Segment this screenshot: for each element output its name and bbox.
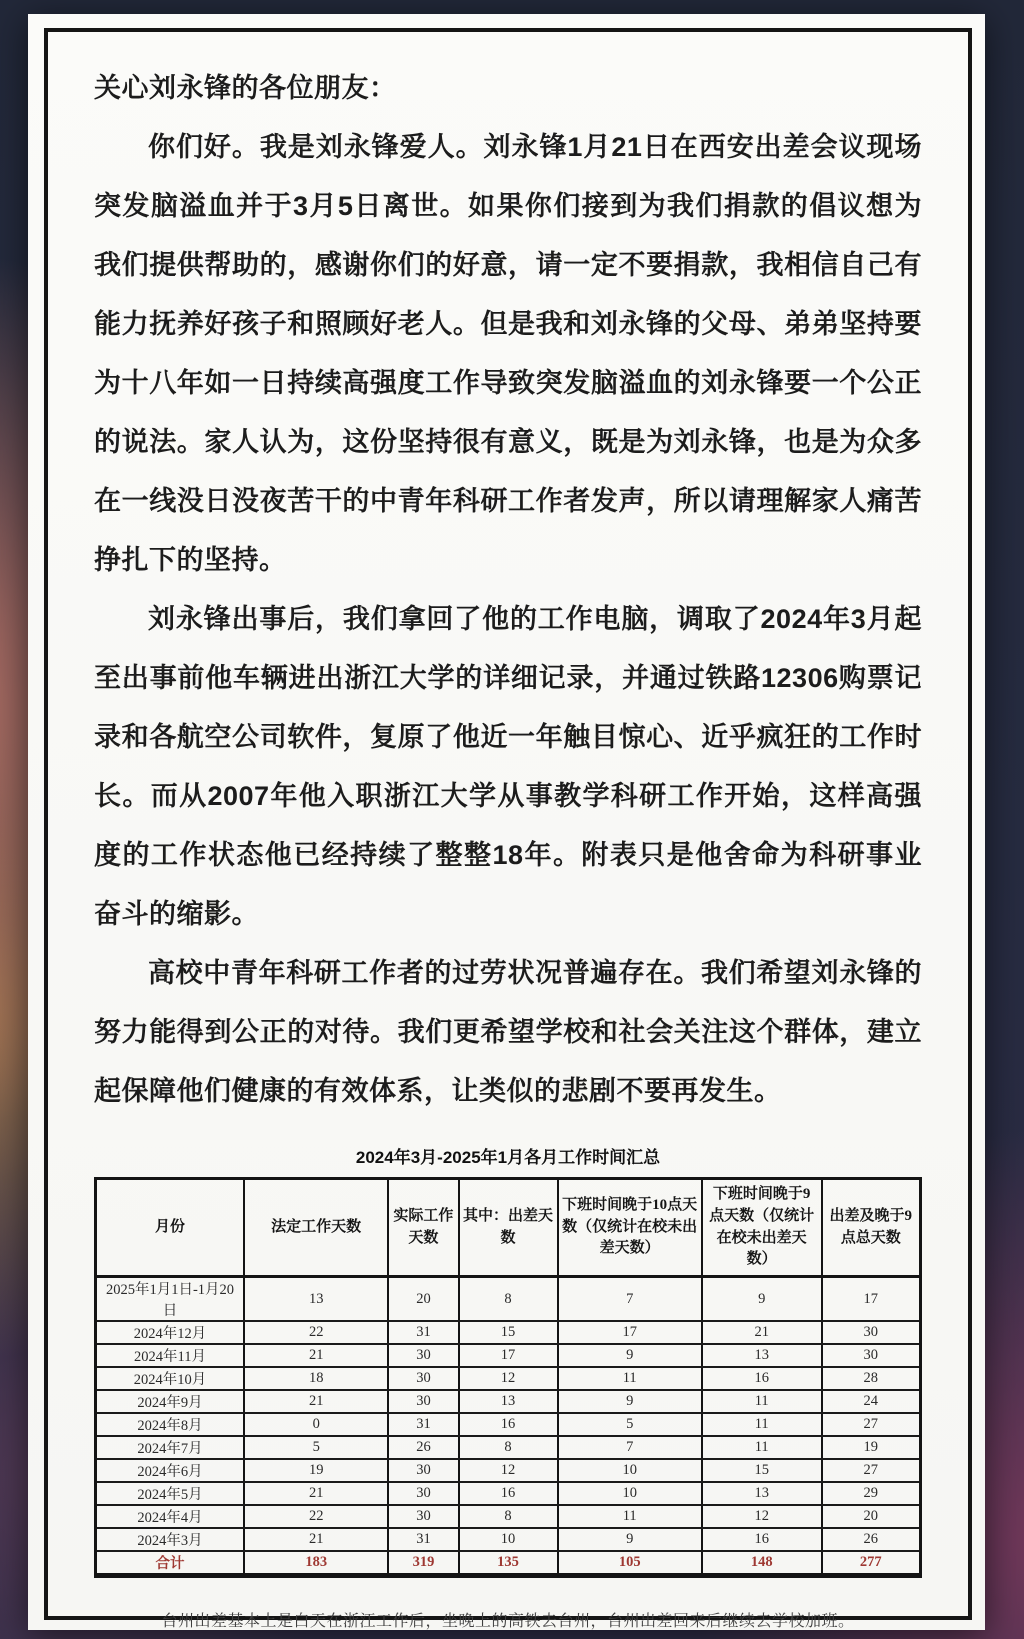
table-cell: 7 <box>558 1436 702 1459</box>
table-row: 2024年5月213016101329 <box>96 1482 921 1505</box>
photo-background: 关心刘永锋的各位朋友： 你们好。我是刘永锋爱人。刘永锋1月21日在西安出差会议现… <box>0 0 1024 1639</box>
table-row: 2024年8月0311651127 <box>96 1413 921 1436</box>
table-cell: 12 <box>459 1459 558 1482</box>
column-header: 其中：出差天数 <box>459 1179 558 1277</box>
work-hours-table: 月份法定工作天数实际工作天数其中：出差天数下班时间晚于10点天数（仅统计在校未出… <box>94 1177 922 1578</box>
table-cell: 2024年10月 <box>96 1367 245 1390</box>
letter-paragraph-1: 你们好。我是刘永锋爱人。刘永锋1月21日在西安出差会议现场突发脑溢血并于3月5日… <box>94 118 922 590</box>
table-cell: 12 <box>702 1505 822 1528</box>
table-cell: 11 <box>558 1505 702 1528</box>
table-cell: 8 <box>459 1436 558 1459</box>
table-header-row: 月份法定工作天数实际工作天数其中：出差天数下班时间晚于10点天数（仅统计在校未出… <box>96 1179 921 1277</box>
table-cell: 10 <box>558 1459 702 1482</box>
table-cell: 2024年7月 <box>96 1436 245 1459</box>
table-cell: 0 <box>244 1413 388 1436</box>
table-cell: 15 <box>702 1459 822 1482</box>
table-row: 2024年7月526871119 <box>96 1436 921 1459</box>
total-cell: 148 <box>702 1551 822 1576</box>
column-header: 月份 <box>96 1179 245 1277</box>
table-cell: 26 <box>388 1436 458 1459</box>
column-header: 出差及晚于9点总天数 <box>822 1179 921 1277</box>
table-cell: 16 <box>459 1413 558 1436</box>
table-cell: 20 <box>822 1505 921 1528</box>
table-cell: 30 <box>388 1482 458 1505</box>
table-cell: 2024年3月 <box>96 1528 245 1551</box>
table-cell: 9 <box>558 1344 702 1367</box>
table-cell: 20 <box>388 1277 458 1322</box>
table-cell: 17 <box>822 1277 921 1322</box>
table-cell: 13 <box>244 1277 388 1322</box>
table-cell: 11 <box>702 1413 822 1436</box>
table-cell: 16 <box>459 1482 558 1505</box>
table-cell: 8 <box>459 1277 558 1322</box>
table-cell: 30 <box>388 1505 458 1528</box>
table-title: 2024年3月-2025年1月各月工作时间汇总 <box>94 1143 922 1168</box>
table-cell: 9 <box>558 1390 702 1413</box>
total-cell: 105 <box>558 1551 702 1576</box>
total-row: 合计183319135105148277 <box>96 1551 921 1576</box>
column-header: 实际工作天数 <box>388 1179 458 1277</box>
table-cell: 27 <box>822 1413 921 1436</box>
table-row: 2024年3月21311091626 <box>96 1528 921 1551</box>
table-cell: 22 <box>244 1321 388 1344</box>
table-row: 2024年11月21301791330 <box>96 1344 921 1367</box>
letter-paragraph-2: 刘永锋出事后，我们拿回了他的工作电脑，调取了2024年3月起至出事前他车辆进出浙… <box>94 590 922 944</box>
table-cell: 22 <box>244 1505 388 1528</box>
table-cell: 26 <box>822 1528 921 1551</box>
table-cell: 2024年4月 <box>96 1505 245 1528</box>
total-cell: 135 <box>459 1551 558 1576</box>
table-cell: 8 <box>459 1505 558 1528</box>
table-cell: 30 <box>822 1321 921 1344</box>
table-cell: 19 <box>244 1459 388 1482</box>
table-cell: 15 <box>459 1321 558 1344</box>
letter-paragraph-3: 高校中青年科研工作者的过劳状况普遍存在。我们希望刘永锋的努力能得到公正的对待。我… <box>94 944 922 1121</box>
table-cell: 19 <box>822 1436 921 1459</box>
table-footnote: 台州出差基本上是白天在浙江工作后，坐晚上的高铁去台州，台州出差回来后继续去学校加… <box>94 1608 922 1631</box>
letter-page: 关心刘永锋的各位朋友： 你们好。我是刘永锋爱人。刘永锋1月21日在西安出差会议现… <box>28 14 985 1630</box>
table-cell: 16 <box>702 1528 822 1551</box>
total-cell: 319 <box>388 1551 458 1576</box>
table-cell: 2024年8月 <box>96 1413 245 1436</box>
table-cell: 31 <box>388 1528 458 1551</box>
total-cell: 183 <box>244 1551 388 1576</box>
column-header: 下班时间晚于10点天数（仅统计在校未出差天数） <box>558 1179 702 1277</box>
table-cell: 12 <box>459 1367 558 1390</box>
table-cell: 30 <box>388 1344 458 1367</box>
table-cell: 16 <box>702 1367 822 1390</box>
table-cell: 11 <box>702 1390 822 1413</box>
table-cell: 11 <box>702 1436 822 1459</box>
table-row: 2024年9月21301391124 <box>96 1390 921 1413</box>
table-cell: 11 <box>558 1367 702 1390</box>
table-cell: 13 <box>459 1390 558 1413</box>
table-cell: 9 <box>702 1277 822 1322</box>
table-cell: 29 <box>822 1482 921 1505</box>
table-row: 2025年1月1日-1月20日132087917 <box>96 1277 921 1322</box>
table-cell: 7 <box>558 1277 702 1322</box>
table-cell: 31 <box>388 1413 458 1436</box>
table-cell: 2024年6月 <box>96 1459 245 1482</box>
table-cell: 18 <box>244 1367 388 1390</box>
table-cell: 21 <box>244 1528 388 1551</box>
table-cell: 24 <box>822 1390 921 1413</box>
column-header: 法定工作天数 <box>244 1179 388 1277</box>
table-cell: 2025年1月1日-1月20日 <box>96 1277 245 1322</box>
table-cell: 31 <box>388 1321 458 1344</box>
table-cell: 28 <box>822 1367 921 1390</box>
table-cell: 13 <box>702 1344 822 1367</box>
table-row: 2024年10月183012111628 <box>96 1367 921 1390</box>
table-cell: 13 <box>702 1482 822 1505</box>
total-cell: 277 <box>822 1551 921 1576</box>
page-border-frame: 关心刘永锋的各位朋友： 你们好。我是刘永锋爱人。刘永锋1月21日在西安出差会议现… <box>44 28 972 1620</box>
table-cell: 21 <box>244 1482 388 1505</box>
table-cell: 2024年12月 <box>96 1321 245 1344</box>
table-cell: 30 <box>388 1367 458 1390</box>
table-cell: 2024年11月 <box>96 1344 245 1367</box>
table-row: 2024年12月223115172130 <box>96 1321 921 1344</box>
table-cell: 27 <box>822 1459 921 1482</box>
table-cell: 2024年5月 <box>96 1482 245 1505</box>
table-cell: 10 <box>558 1482 702 1505</box>
table-row: 2024年6月193012101527 <box>96 1459 921 1482</box>
table-cell: 17 <box>558 1321 702 1344</box>
table-cell: 30 <box>388 1390 458 1413</box>
table-cell: 2024年9月 <box>96 1390 245 1413</box>
letter-greeting: 关心刘永锋的各位朋友： <box>94 59 922 118</box>
table-cell: 30 <box>822 1344 921 1367</box>
table-cell: 17 <box>459 1344 558 1367</box>
table-cell: 10 <box>459 1528 558 1551</box>
table-cell: 5 <box>558 1413 702 1436</box>
table-cell: 9 <box>558 1528 702 1551</box>
total-cell: 合计 <box>96 1551 245 1576</box>
table-cell: 5 <box>244 1436 388 1459</box>
table-cell: 30 <box>388 1459 458 1482</box>
table-cell: 21 <box>244 1390 388 1413</box>
column-header: 下班时间晚于9点天数（仅统计在校未出差天数） <box>702 1179 822 1277</box>
table-row: 2024年4月22308111220 <box>96 1505 921 1528</box>
table-cell: 21 <box>244 1344 388 1367</box>
table-cell: 21 <box>702 1321 822 1344</box>
